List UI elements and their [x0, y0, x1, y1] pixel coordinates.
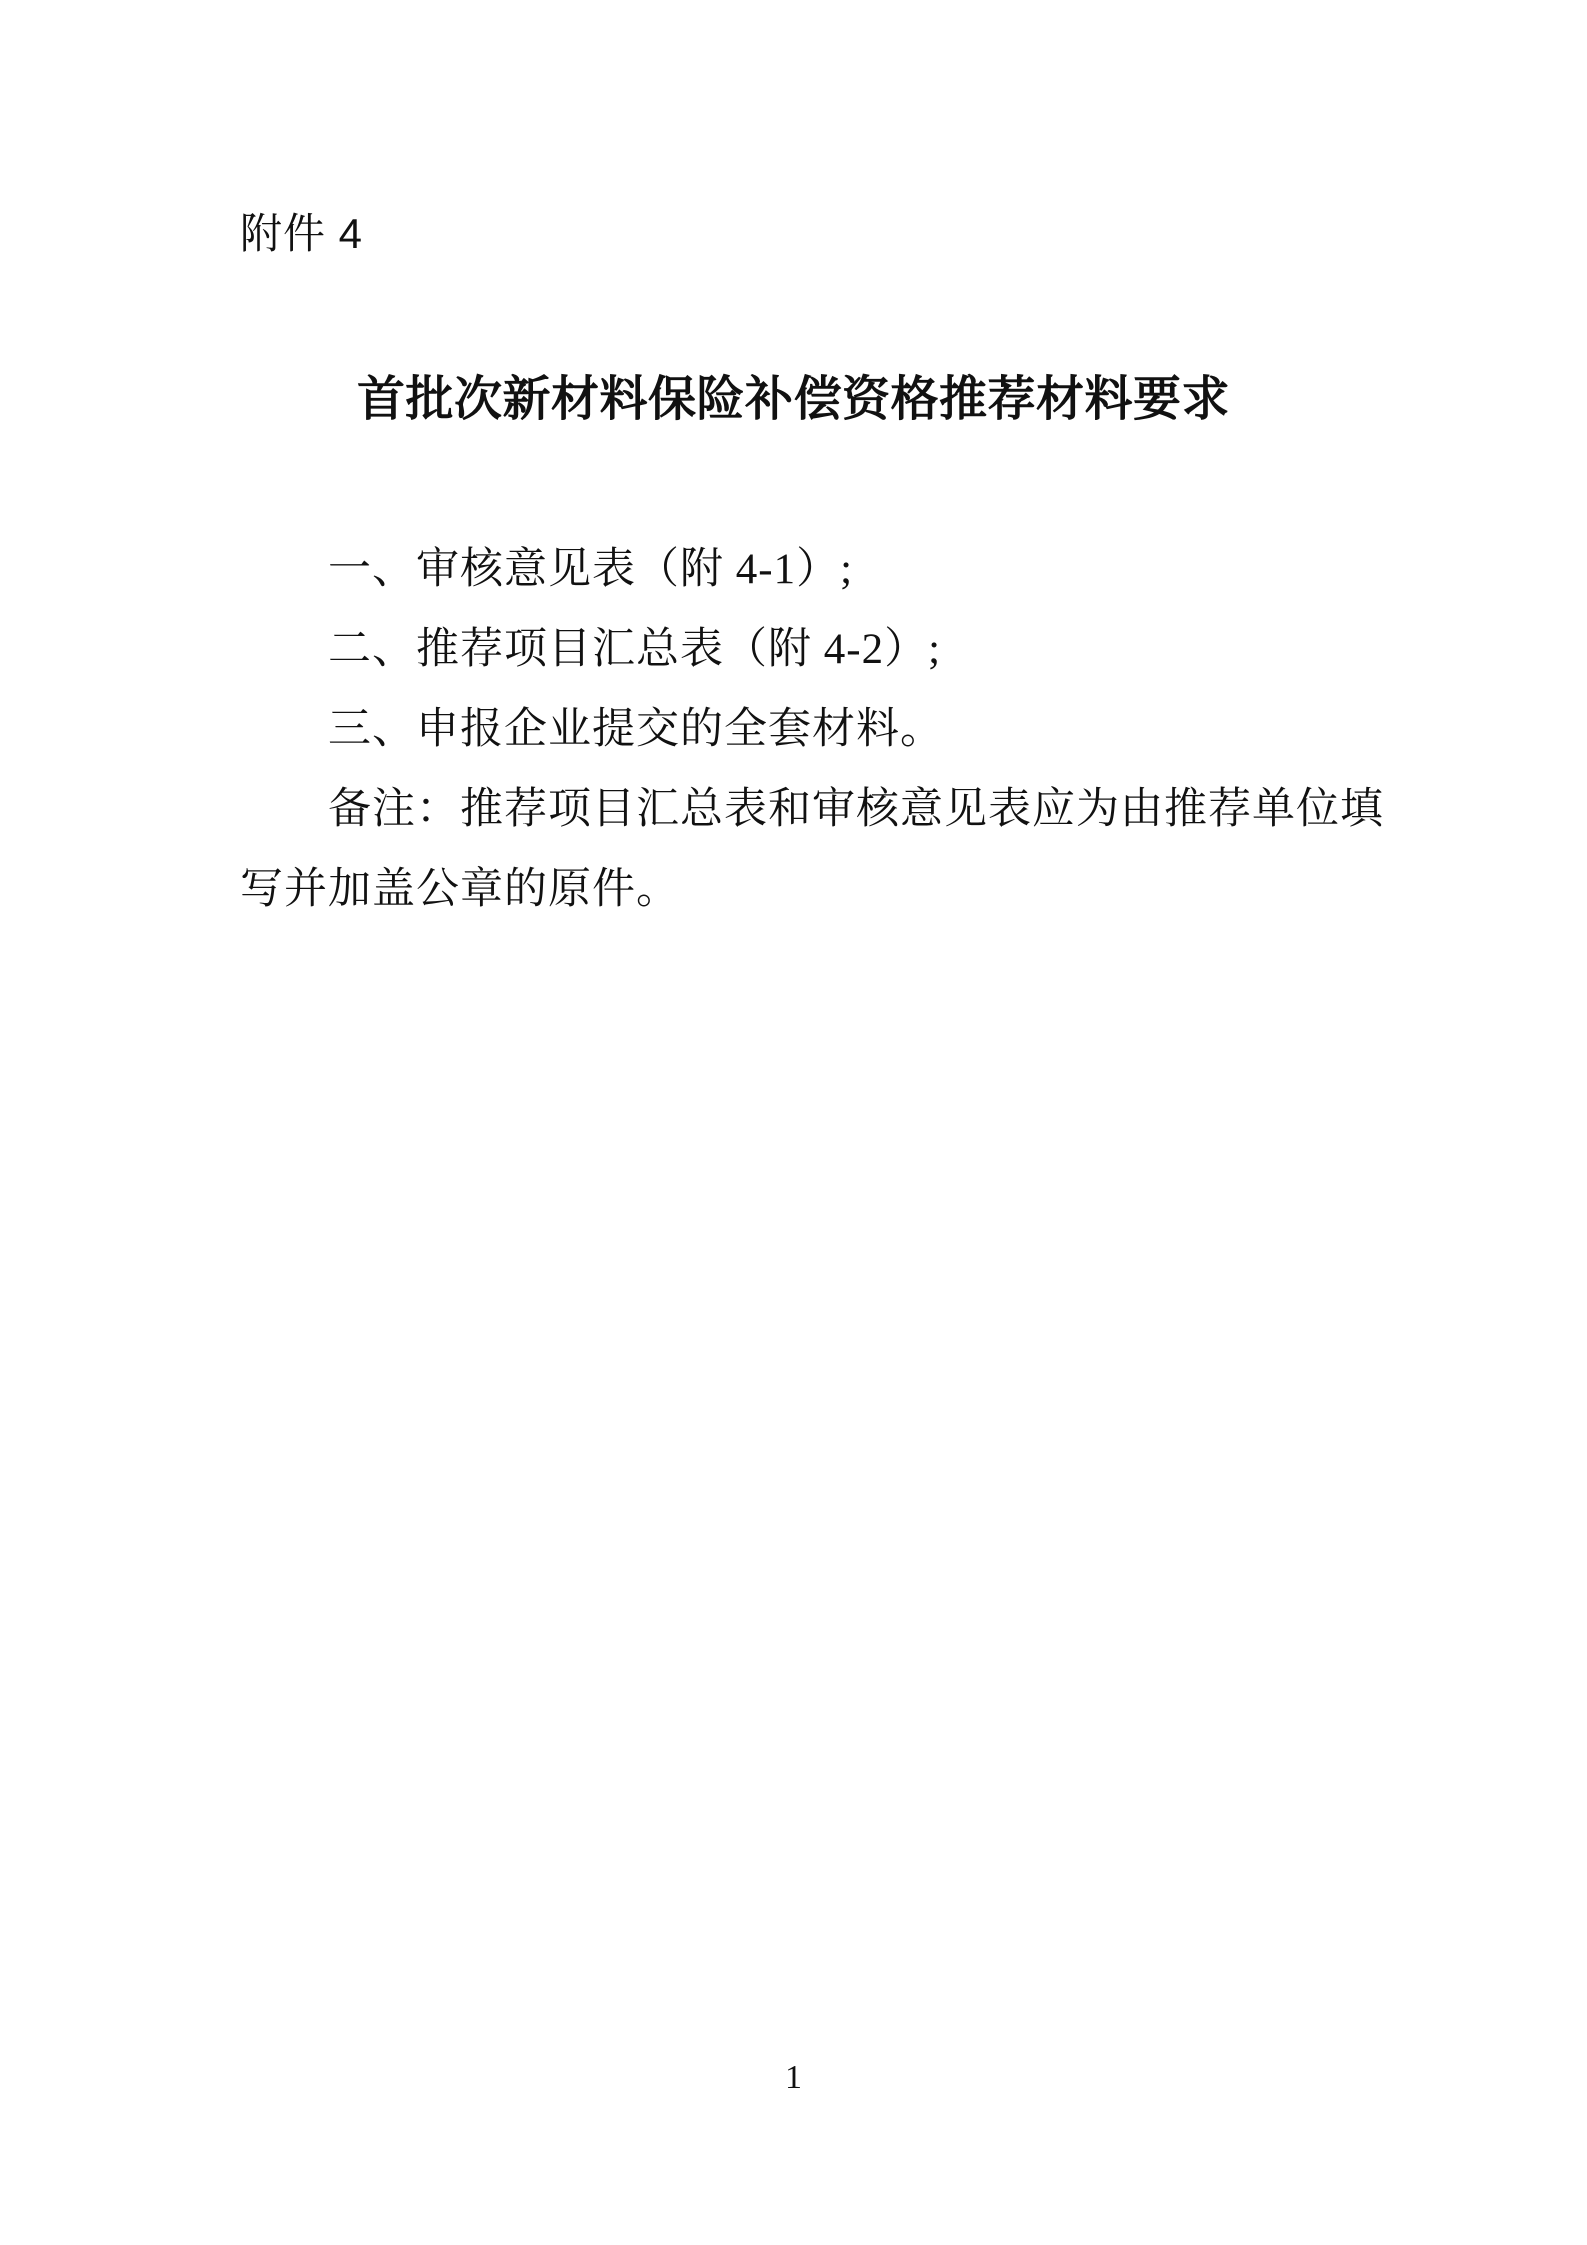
attachment-label: 附件 4: [240, 210, 363, 258]
document-page: 附件 4 首批次新材料保险补偿资格推荐材料要求 一、审核意见表（附 4-1）; …: [0, 0, 1587, 2245]
list-item-2: 二、推荐项目汇总表（附 4-2）;: [240, 610, 1352, 690]
note-line-2: 写并加盖公章的原件。: [240, 850, 1352, 930]
document-title: 首批次新材料保险补偿资格推荐材料要求: [240, 372, 1347, 428]
note-line-1: 备注：推荐项目汇总表和审核意见表应为由推荐单位填: [240, 770, 1352, 850]
list-item-1: 一、审核意见表（附 4-1）;: [240, 530, 1352, 610]
document-body: 一、审核意见表（附 4-1）; 二、推荐项目汇总表（附 4-2）; 三、申报企业…: [240, 530, 1352, 930]
page-number: 1: [240, 2056, 1347, 2100]
list-item-3: 三、申报企业提交的全套材料。: [240, 690, 1352, 770]
